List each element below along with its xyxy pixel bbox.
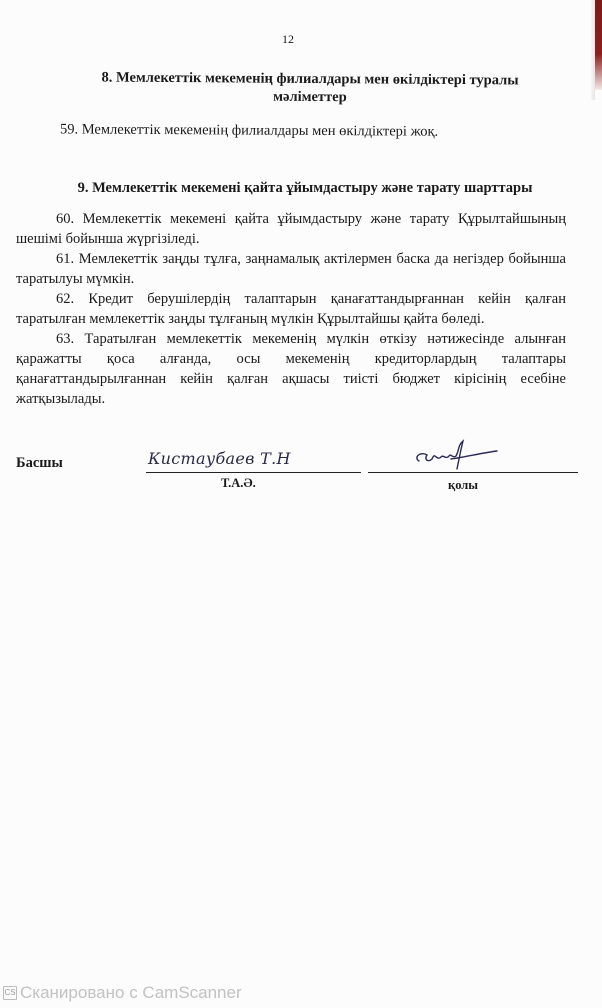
- signature-icon: [411, 439, 501, 473]
- paragraph-59: 59. Мемлекеттік мекеменің филиалдары мен…: [60, 119, 580, 142]
- name-underline: [146, 472, 361, 473]
- paragraph-62: 62. Кредит берушілердің талаптарын қанағ…: [16, 289, 566, 329]
- section-8-heading-line1: 8. Мемлекеттік мекеменің филиалдары мен …: [60, 68, 560, 89]
- handwritten-name: Кистаубаев Т.Н: [148, 449, 291, 468]
- signature-underline: [368, 472, 578, 473]
- signatory-role-label: Басшы: [16, 455, 63, 472]
- page-number: 12: [282, 32, 294, 47]
- section-8-heading: 8. Мемлекеттік мекеменің филиалдары мен …: [60, 68, 560, 107]
- watermark-text: Сканировано с CamScanner: [20, 983, 242, 1003]
- signature-block: Басшы Кистаубаев Т.Н Т.А.Ә. қолы: [16, 445, 586, 495]
- signature-caption: қолы: [448, 478, 478, 493]
- paragraph-63: 63. Таратылған мемлекеттік мекеменің мүл…: [16, 329, 566, 409]
- page-edge-shadow: [595, 0, 602, 90]
- paragraph-61: 61. Мемлекеттік заңды тұлға, заңнамалық …: [16, 249, 566, 289]
- section-9-heading: 9. Мемлекеттік мекемені қайта ұйымдастыр…: [40, 179, 570, 197]
- name-caption: Т.А.Ә.: [221, 476, 256, 491]
- camscanner-watermark: CS Сканировано с CamScanner: [3, 983, 242, 1003]
- page-edge-fade: [590, 0, 595, 100]
- section-8-heading-line2: мәліметтер: [60, 86, 560, 107]
- cs-icon: CS: [3, 986, 17, 1000]
- section-9-body: 60. Мемлекеттік мекемені қайта ұйымдасты…: [16, 209, 566, 409]
- paragraph-60: 60. Мемлекеттік мекемені қайта ұйымдасты…: [16, 209, 566, 249]
- scanned-page: 12 8. Мемлекеттік мекеменің филиалдары м…: [0, 0, 602, 1008]
